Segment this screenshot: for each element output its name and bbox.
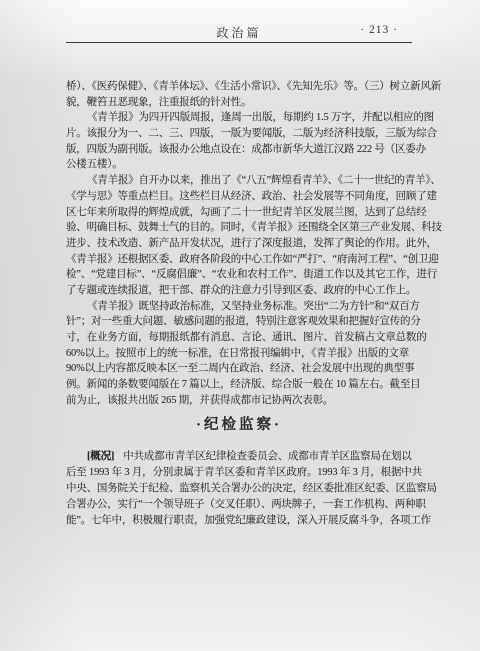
text-line: 了专题或连续报道，把干部、群众的注意力引导到区委、政府的中心工作上。 bbox=[66, 283, 412, 299]
text-line: 版，四版为副刊版。该报办公地点设在：成都市新华大道江汉路 222 号（区委办 bbox=[66, 142, 412, 158]
text-line: 前为止，该报共出版 265 期，并获得成都市记协两次表彰。 bbox=[66, 393, 412, 409]
section-heading-discipline-inspection: ·纪检监察· bbox=[66, 415, 412, 435]
text-line: 验、明确目标、鼓舞士气的目的。同时，《青羊报》还围绕全区第三产业发展、科技 bbox=[66, 220, 412, 236]
text-line: 针”；对一些重大问题、敏感问题的报道，特别注意客观效果和把握好宣传的分 bbox=[66, 314, 412, 330]
body-text: 桥）、《医药保健》、《青羊体坛》、《生活小常识》、《先知先乐》等。（三）树立新风… bbox=[66, 79, 412, 408]
text-line: 桥）、《医药保健》、《青羊体坛》、《生活小常识》、《先知先乐》等。（三）树立新风… bbox=[66, 79, 412, 95]
overview-first-line-text: 中共成都市青羊区纪律检查委员会、成都市青羊区监察局在划以 bbox=[123, 451, 411, 462]
overview-first-line: [概况]中共成都市青羊区纪律检查委员会、成都市青羊区监察局在划以 bbox=[66, 449, 412, 465]
text-line: 公楼五楼）。 bbox=[66, 157, 412, 173]
text-line: 例。新闻的条数要闻版在 7 篇以上，经济版、综合版一般在 10 篇左右。截至目 bbox=[66, 377, 412, 393]
text-line: 貌，鞭笞丑恶现象，注重报纸的针对性。 bbox=[66, 95, 412, 111]
text-line: 合署办公，实行“一个领导班子（交叉任职）、两块牌子，一套工作机构、两种职 bbox=[66, 497, 412, 513]
text-line: 中央、国务院关于纪检、监察机关合署办公的决定，经区委批准区纪委、区监察局 bbox=[66, 481, 412, 497]
scanned-book-page: 政治篇 · 213 · 桥）、《医药保健》、《青羊体坛》、《生活小常识》、《先知… bbox=[0, 0, 480, 651]
text-line: 检”、“党建目标”、“反腐倡廉”、“农业和农村工作”、街道工作以及其它工作，进行 bbox=[66, 267, 412, 283]
overview-label: [概况] bbox=[87, 451, 114, 462]
text-line: 能”。七年中，积极履行职责，加强党纪廉政建设，深入开展反腐斗争，各项工作 bbox=[66, 513, 412, 529]
text-line: 90%以上内容都反映本区一至二周内在政治、经济、社会发展中出现的典型事 bbox=[66, 361, 412, 377]
text-line: 《青羊报》既坚持政治标准，又坚持业务标准。突出“二为方针”和“双百方 bbox=[66, 299, 412, 315]
text-line: 《青羊报》还根据区委、政府各阶段的中心工作如“严打”、“府南河工程”、“创卫迎 bbox=[66, 252, 412, 268]
running-head: 政治篇 · 213 · bbox=[66, 24, 412, 43]
overview-paragraph: [概况]中共成都市青羊区纪律检查委员会、成都市青羊区监察局在划以 后至 1993… bbox=[66, 449, 412, 528]
text-line: 进步、技术改造、新产品开发状况，进行了深度报道，发挥了舆论的作用。此外， bbox=[66, 236, 412, 252]
text-line: 寸，在业务方面，每期报纸都有消息、言论、通讯、图片、首发稿占文章总数的 bbox=[66, 330, 412, 346]
text-block: 政治篇 · 213 · 桥）、《医药保健》、《青羊体坛》、《生活小常识》、《先知… bbox=[66, 24, 412, 528]
page-number: · 213 · bbox=[360, 24, 398, 36]
text-line: 后至 1993 年 3 月，分别隶属于青羊区委和青羊区政府。1993 年 3 月… bbox=[66, 465, 412, 481]
text-line: 60%以上。按照市上的统一标准，在日常报刊编辑中，《青羊报》出版的文章 bbox=[66, 346, 412, 362]
text-line: 《青羊报》为四开四版周报，逢周一出版，每期约 1.5 万字，并配以相应的图 bbox=[66, 110, 412, 126]
text-line: 《青羊报》自开办以来，推出了《“八五”辉煌看青羊》、《二十一世纪的青羊》、 bbox=[66, 173, 412, 189]
text-line: 《学与思》等重点栏目。这些栏目从经济、政治、社会发展等不同角度，回顾了建 bbox=[66, 189, 412, 205]
text-line: 区七年来所取得的辉煌成就，勾画了二十一世纪青羊区发展兰图，达到了总结经 bbox=[66, 205, 412, 221]
text-line: 片。该报分为一、二、三、四版，一版为要闻版，二版为经济科技版，三版为综合 bbox=[66, 126, 412, 142]
